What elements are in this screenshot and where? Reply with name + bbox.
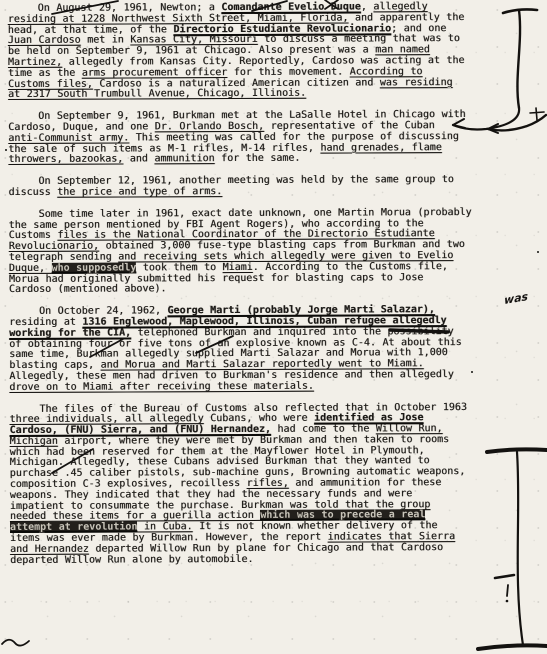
tick-mark-right-margin-mark	[495, 575, 514, 578]
left-arrow-curve-paragraph-2-mark	[488, 115, 546, 130]
right-margin-bracket-paragraph-6-line	[517, 452, 523, 645]
text-segment: ammunition	[154, 153, 214, 164]
text-segment: met in	[81, 35, 131, 46]
text-segment: took them to	[136, 262, 222, 273]
text-segment: Kansas City, Missouri	[130, 34, 257, 46]
text-segment: ,	[361, 1, 374, 12]
paragraph: On October 24, 1962, George Marti (proba…	[9, 305, 472, 393]
text-segment: the price and type of arms.	[57, 186, 222, 198]
paragraph: On September 12, 1961, another meeting w…	[9, 175, 472, 199]
text-segment: anti-Communist army.	[8, 132, 129, 144]
text-segment: and	[123, 154, 154, 165]
tick-mark-top-right	[530, 108, 544, 120]
scribble-over-run-mark	[2, 640, 29, 646]
text-segment: Juan Cardoso	[8, 35, 81, 46]
right-margin-bracket-paragraph-6-bottom	[478, 645, 547, 649]
text-segment: drove on to Miami after receiving these …	[9, 380, 314, 392]
text-segment: residing at	[9, 317, 82, 328]
paragraph: On August 29, 1961, Newton; a Comandante…	[8, 2, 471, 101]
text-segment: in Cuba.	[137, 521, 192, 532]
text-segment: for the same.	[215, 153, 301, 164]
exclamation-mark-dot	[506, 600, 509, 603]
document-body: On August 29, 1961, Newton; a Comandante…	[8, 2, 473, 577]
text-segment: Dr. Orlando Bosch,	[155, 121, 264, 132]
paragraph: The files of the Bureau of Customs also …	[9, 402, 473, 566]
ink-speck	[5, 149, 7, 151]
ink-speck	[537, 251, 539, 253]
exclamation-mark-right-margin-mark	[507, 585, 508, 596]
right-margin-bracket-paragraph-6-top	[487, 449, 547, 452]
paragraph: On September 9, 1961, Burkman met at the…	[8, 110, 471, 166]
paragraph: Some time later in 1961, exact date unkn…	[9, 208, 472, 296]
text-segment: rifles,	[247, 478, 289, 489]
text-segment: On October 24, 1962,	[39, 305, 167, 317]
inserted-word-was: was	[504, 290, 528, 307]
text-segment: Cubans, who were	[204, 413, 314, 424]
text-segment: ; and one	[391, 23, 446, 34]
text-segment: Cardoso is a naturalized American citize…	[93, 77, 380, 89]
scanned-document-page: On August 29, 1961, Newton; a Comandante…	[0, 0, 547, 654]
text-segment: for this movement.	[227, 66, 349, 78]
text-segment: Comandante Evelio Duque	[221, 1, 361, 13]
left-arrow-curve-paragraph-2-arrowhead	[488, 124, 498, 133]
text-segment: arms procurement officer	[82, 67, 228, 79]
text-segment: Miami	[223, 262, 253, 273]
right-margin-bracket-paragraph-1-line	[517, 10, 520, 108]
right-margin-bracket-paragraph-1-mark	[503, 9, 537, 13]
text-segment: who supposedly	[52, 262, 137, 273]
text-segment: had come to the	[271, 424, 376, 435]
